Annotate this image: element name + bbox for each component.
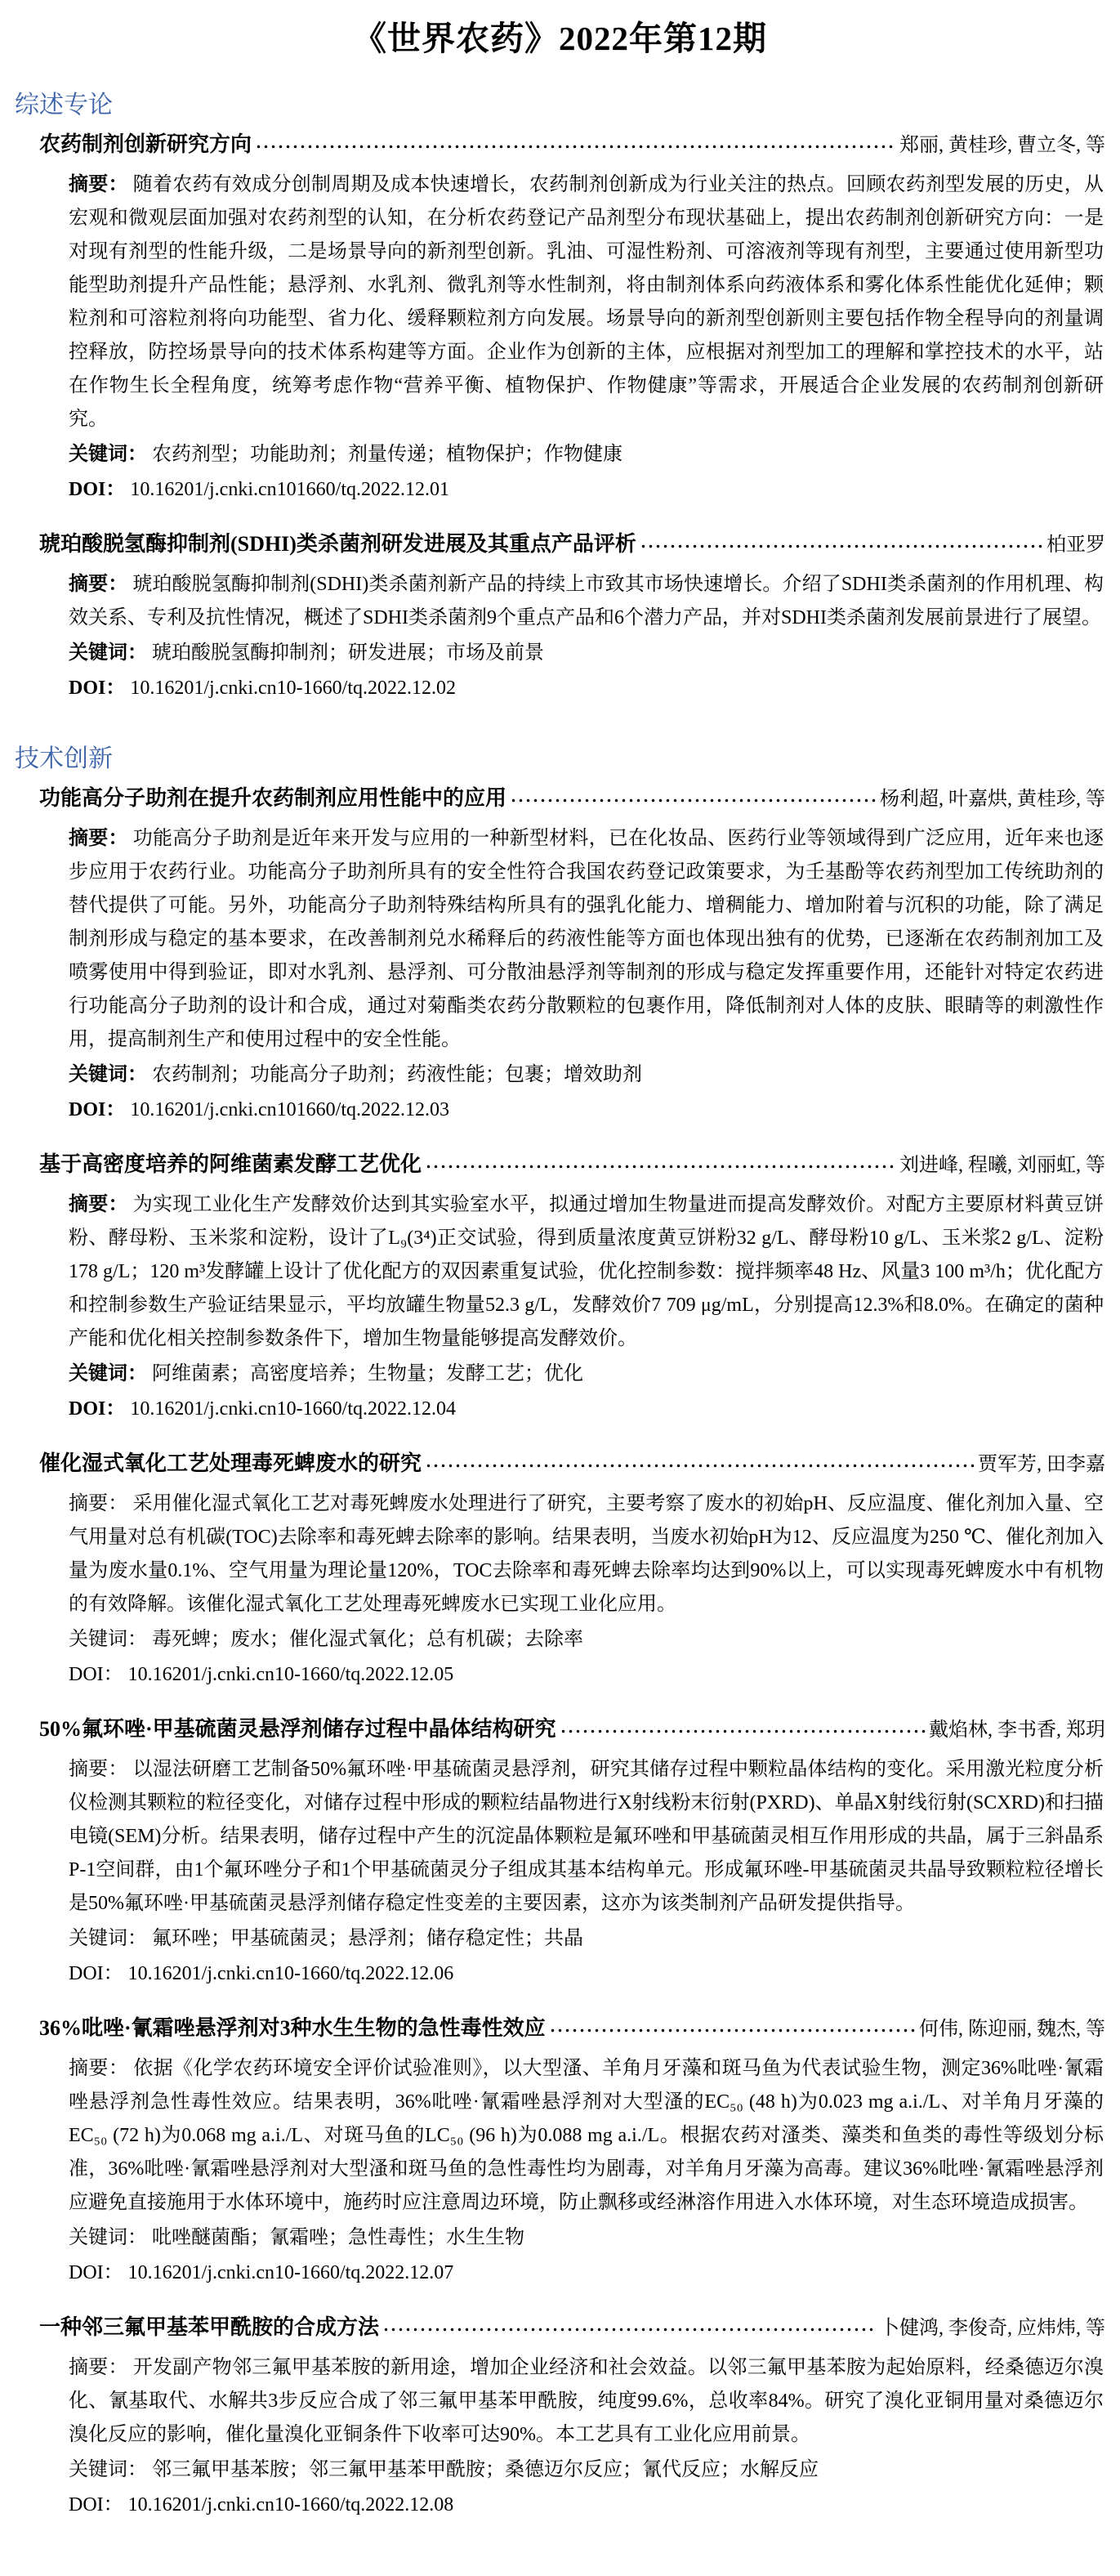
article-authors: 何伟, 陈迎丽, 魏杰, 等	[919, 2013, 1105, 2046]
article-title-link[interactable]: 36%吡唑·氰霜唑悬浮剂对3种水生生物的急性毒性效应	[39, 2012, 546, 2045]
abstract-row: 摘要：采用催化湿式氧化工艺对毒死蜱废水处理进行了研究，主要考察了废水的初始pH、…	[0, 1487, 1120, 1621]
article-title-row: 基于高密度培养的阿维菌素发酵工艺优化 刘进峰, 程曦, 刘丽虹, 等	[0, 1148, 1120, 1182]
article-title-link[interactable]: 功能高分子助剂在提升农药制剂应用性能中的应用	[39, 782, 506, 815]
abstract-label: 摘要：	[69, 174, 128, 195]
dot-leader	[510, 789, 877, 810]
abstract-label: 摘要：	[69, 574, 127, 595]
article-title-row: 50%氟环唑·甲基硫菌灵悬浮剂储存过程中晶体结构研究 戴焰林, 李书香, 郑玥	[0, 1713, 1120, 1746]
article-title-link[interactable]: 催化湿式氧化工艺处理毒死蜱废水的研究	[39, 1447, 422, 1480]
journal-toc-page: 《世界农药》2022年第12期 综述专论 农药制剂创新研究方向 郑丽, 黄桂珍,…	[0, 0, 1120, 2576]
article-entry: 36%吡唑·氰霜唑悬浮剂对3种水生生物的急性毒性效应 何伟, 陈迎丽, 魏杰, …	[0, 2012, 1120, 2290]
doi-label: DOI：	[69, 2262, 123, 2283]
abstract-text: 依据《化学农药环境安全评价试验准则》，以大型溞、羊角月牙藻和斑马鱼为代表试验生物…	[69, 2058, 1104, 2213]
article-title-link[interactable]: 琥珀酸脱氢酶抑制剂(SDHI)类杀菌剂研发进展及其重点产品评析	[39, 528, 636, 561]
keywords-text: 毒死蜱；废水；催化湿式氧化；总有机碳；去除率	[152, 1629, 583, 1650]
abstract-text: 功能高分子助剂是近年来开发与应用的一种新型材料，已在化妆品、医药行业等领域得到广…	[69, 828, 1104, 1050]
doi-row: DOI：10.16201/j.cnki.cn10-1660/tq.2022.12…	[0, 2256, 1120, 2290]
article-authors: 刘进峰, 程曦, 刘丽虹, 等	[899, 1149, 1105, 1182]
abstract-text: 琥珀酸脱氢酶抑制剂(SDHI)类杀菌剂新产品的持续上市致其市场快速增长。介绍了S…	[69, 574, 1104, 628]
keywords-text: 阿维菌素；高密度培养；生物量；发酵工艺；优化	[152, 1363, 583, 1384]
doi-row: DOI：10.16201/j.cnki.cn101660/tq.2022.12.…	[0, 473, 1120, 507]
doi-label: DOI：	[69, 1664, 123, 1685]
dot-leader	[255, 135, 896, 156]
dot-leader	[560, 1720, 926, 1741]
keywords-row: 关键词：琥珀酸脱氢酶抑制剂；研发进展；市场及前景	[0, 637, 1120, 670]
keywords-text: 琥珀酸脱氢酶抑制剂；研发进展；市场及前景	[152, 642, 544, 664]
journal-section: 技术创新 功能高分子助剂在提升农药制剂应用性能中的应用 杨利超, 叶嘉烘, 黄桂…	[0, 738, 1120, 2522]
sections-container: 综述专论 农药制剂创新研究方向 郑丽, 黄桂珍, 曹立冬, 等 摘要：随着农药有…	[0, 84, 1120, 2522]
keywords-label: 关键词：	[69, 642, 147, 664]
keywords-row: 关键词：农药剂型；功能助剂；剂量传递；植物保护；作物健康	[0, 438, 1120, 472]
doi-label: DOI：	[69, 1398, 125, 1420]
article-title-row: 功能高分子助剂在提升农药制剂应用性能中的应用 杨利超, 叶嘉烘, 黄桂珍, 等	[0, 782, 1120, 816]
doi-label: DOI：	[69, 2494, 123, 2516]
article-title-row: 农药制剂创新研究方向 郑丽, 黄桂珍, 曹立冬, 等	[0, 128, 1120, 162]
abstract-text: 随着农药有效成分创制周期及成本快速增长，农药制剂创新成为行业关注的热点。回顾农药…	[69, 174, 1104, 430]
article-entry: 基于高密度培养的阿维菌素发酵工艺优化 刘进峰, 程曦, 刘丽虹, 等 摘要：为实…	[0, 1148, 1120, 1426]
abstract-label: 摘要：	[69, 1759, 128, 1780]
article-list: 功能高分子助剂在提升农药制剂应用性能中的应用 杨利超, 叶嘉烘, 黄桂珍, 等 …	[0, 782, 1120, 2522]
keywords-row: 关键词：阿维菌素；高密度培养；生物量；发酵工艺；优化	[0, 1357, 1120, 1391]
doi-label: DOI：	[69, 479, 125, 500]
article-entry: 50%氟环唑·甲基硫菌灵悬浮剂储存过程中晶体结构研究 戴焰林, 李书香, 郑玥 …	[0, 1713, 1120, 1991]
article-authors: 卜健鸿, 李俊奇, 应炜炜, 等	[880, 2312, 1105, 2345]
abstract-row: 摘要：依据《化学农药环境安全评价试验准则》，以大型溞、羊角月牙藻和斑马鱼为代表试…	[0, 2052, 1120, 2220]
abstract-label: 摘要：	[69, 1493, 127, 1514]
dot-leader	[640, 534, 1043, 556]
keywords-label: 关键词：	[69, 1064, 147, 1085]
keywords-row: 关键词：邻三氟甲基苯胺；邻三氟甲基苯甲酰胺；桑德迈尔反应；氰代反应；水解反应	[0, 2453, 1120, 2487]
doi-row: DOI：10.16201/j.cnki.cn10-1660/tq.2022.12…	[0, 672, 1120, 705]
doi-text: 10.16201/j.cnki.cn101660/tq.2022.12.01	[130, 479, 449, 500]
section-heading: 技术创新	[0, 738, 1120, 774]
journal-section: 综述专论 农药制剂创新研究方向 郑丽, 黄桂珍, 曹立冬, 等 摘要：随着农药有…	[0, 84, 1120, 705]
keywords-text: 吡唑醚菌酯；氰霜唑；急性毒性；水生生物	[152, 2227, 524, 2248]
article-entry: 一种邻三氟甲基苯甲酰胺的合成方法 卜健鸿, 李俊奇, 应炜炜, 等 摘要：开发副…	[0, 2311, 1120, 2522]
doi-label: DOI：	[69, 1099, 125, 1120]
abstract-row: 摘要：随着农药有效成分创制周期及成本快速增长，农药制剂创新成为行业关注的热点。回…	[0, 168, 1120, 436]
doi-text: 10.16201/j.cnki.cn10-1660/tq.2022.12.07	[128, 2262, 454, 2283]
keywords-text: 农药制剂；功能高分子助剂；药液性能；包裹；增效助剂	[152, 1064, 642, 1085]
keywords-row: 关键词：农药制剂；功能高分子助剂；药液性能；包裹；增效助剂	[0, 1058, 1120, 1092]
keywords-row: 关键词：吡唑醚菌酯；氰霜唑；急性毒性；水生生物	[0, 2221, 1120, 2255]
doi-row: DOI：10.16201/j.cnki.cn101660/tq.2022.12.…	[0, 1093, 1120, 1127]
abstract-label: 摘要：	[69, 828, 128, 849]
article-title-row: 琥珀酸脱氢酶抑制剂(SDHI)类杀菌剂研发进展及其重点产品评析 柏亚罗	[0, 528, 1120, 561]
page-title: 《世界农药》2022年第12期	[0, 11, 1120, 60]
article-title-link[interactable]: 农药制剂创新研究方向	[39, 128, 252, 161]
abstract-text: 开发副产物邻三氟甲基苯胺的新用途，增加企业经济和社会效益。以邻三氟甲基苯胺为起始…	[69, 2357, 1104, 2445]
section-heading: 综述专论	[0, 84, 1120, 120]
article-list: 农药制剂创新研究方向 郑丽, 黄桂珍, 曹立冬, 等 摘要：随着农药有效成分创制…	[0, 128, 1120, 705]
doi-row: DOI：10.16201/j.cnki.cn10-1660/tq.2022.12…	[0, 1658, 1120, 1692]
abstract-row: 摘要：琥珀酸脱氢酶抑制剂(SDHI)类杀菌剂新产品的持续上市致其市场快速增长。介…	[0, 568, 1120, 635]
keywords-label: 关键词：	[69, 2459, 147, 2480]
keywords-row: 关键词：氟环唑；甲基硫菌灵；悬浮剂；储存稳定性；共晶	[0, 1922, 1120, 1956]
doi-text: 10.16201/j.cnki.cn10-1660/tq.2022.12.06	[128, 1963, 454, 1984]
keywords-label: 关键词：	[69, 1629, 147, 1650]
article-authors: 贾军芳, 田李嘉	[978, 1448, 1105, 1481]
abstract-label: 摘要：	[69, 2058, 128, 2079]
article-title-row: 36%吡唑·氰霜唑悬浮剂对3种水生生物的急性毒性效应 何伟, 陈迎丽, 魏杰, …	[0, 2012, 1120, 2046]
article-entry: 催化湿式氧化工艺处理毒死蜱废水的研究 贾军芳, 田李嘉 摘要：采用催化湿式氧化工…	[0, 1447, 1120, 1692]
abstract-row: 摘要：为实现工业化生产发酵效价达到其实验室水平，拟通过增加生物量进而提高发酵效价…	[0, 1188, 1120, 1356]
article-title-link[interactable]: 一种邻三氟甲基苯甲酰胺的合成方法	[39, 2311, 379, 2344]
keywords-row: 关键词：毒死蜱；废水；催化湿式氧化；总有机碳；去除率	[0, 1623, 1120, 1657]
doi-text: 10.16201/j.cnki.cn10-1660/tq.2022.12.05	[128, 1664, 454, 1685]
doi-text: 10.16201/j.cnki.cn10-1660/tq.2022.12.02	[130, 678, 456, 699]
dot-leader	[425, 1454, 975, 1475]
article-authors: 杨利超, 叶嘉烘, 黄桂珍, 等	[880, 783, 1105, 816]
article-title-link[interactable]: 50%氟环唑·甲基硫菌灵悬浮剂储存过程中晶体结构研究	[39, 1713, 556, 1746]
keywords-label: 关键词：	[69, 2227, 147, 2248]
keywords-label: 关键词：	[69, 1363, 147, 1384]
article-title-row: 催化湿式氧化工艺处理毒死蜱废水的研究 贾军芳, 田李嘉	[0, 1447, 1120, 1481]
abstract-text: 为实现工业化生产发酵效价达到其实验室水平，拟通过增加生物量进而提高发酵效价。对配…	[69, 1194, 1104, 1349]
keywords-text: 邻三氟甲基苯胺；邻三氟甲基苯甲酰胺；桑德迈尔反应；氰代反应；水解反应	[152, 2459, 819, 2480]
abstract-row: 摘要：功能高分子助剂是近年来开发与应用的一种新型材料，已在化妆品、医药行业等领域…	[0, 822, 1120, 1057]
doi-label: DOI：	[69, 1963, 123, 1984]
keywords-text: 氟环唑；甲基硫菌灵；悬浮剂；储存稳定性；共晶	[152, 1928, 583, 1949]
article-authors: 戴焰林, 李书香, 郑玥	[929, 1714, 1105, 1746]
doi-row: DOI：10.16201/j.cnki.cn10-1660/tq.2022.12…	[0, 1957, 1120, 1991]
keywords-label: 关键词：	[69, 1928, 147, 1949]
article-entry: 琥珀酸脱氢酶抑制剂(SDHI)类杀菌剂研发进展及其重点产品评析 柏亚罗 摘要：琥…	[0, 528, 1120, 705]
abstract-text: 采用催化湿式氧化工艺对毒死蜱废水处理进行了研究，主要考察了废水的初始pH、反应温…	[69, 1493, 1104, 1615]
article-entry: 功能高分子助剂在提升农药制剂应用性能中的应用 杨利超, 叶嘉烘, 黄桂珍, 等 …	[0, 782, 1120, 1127]
doi-text: 10.16201/j.cnki.cn10-1660/tq.2022.12.08	[128, 2494, 454, 2516]
keywords-text: 农药剂型；功能助剂；剂量传递；植物保护；作物健康	[152, 444, 622, 465]
abstract-row: 摘要：开发副产物邻三氟甲基苯胺的新用途，增加企业经济和社会效益。以邻三氟甲基苯胺…	[0, 2351, 1120, 2452]
doi-text: 10.16201/j.cnki.cn10-1660/tq.2022.12.04	[130, 1398, 456, 1420]
article-authors: 郑丽, 黄桂珍, 曹立冬, 等	[899, 129, 1105, 162]
doi-label: DOI：	[69, 678, 125, 699]
doi-row: DOI：10.16201/j.cnki.cn10-1660/tq.2022.12…	[0, 1393, 1120, 1426]
dot-leader	[382, 2318, 877, 2339]
article-authors: 柏亚罗	[1046, 529, 1105, 561]
abstract-row: 摘要：以湿法研磨工艺制备50%氟环唑·甲基硫菌灵悬浮剂，研究其储存过程中颗粒晶体…	[0, 1753, 1120, 1921]
article-title-link[interactable]: 基于高密度培养的阿维菌素发酵工艺优化	[39, 1148, 422, 1181]
doi-row: DOI：10.16201/j.cnki.cn10-1660/tq.2022.12…	[0, 2489, 1120, 2522]
keywords-label: 关键词：	[69, 444, 147, 465]
abstract-label: 摘要：	[69, 1194, 128, 1215]
abstract-text: 以湿法研磨工艺制备50%氟环唑·甲基硫菌灵悬浮剂，研究其储存过程中颗粒晶体结构的…	[69, 1759, 1104, 1914]
article-entry: 农药制剂创新研究方向 郑丽, 黄桂珍, 曹立冬, 等 摘要：随着农药有效成分创制…	[0, 128, 1120, 507]
dot-leader	[549, 2019, 916, 2040]
dot-leader	[425, 1155, 896, 1176]
doi-text: 10.16201/j.cnki.cn101660/tq.2022.12.03	[130, 1099, 449, 1120]
abstract-label: 摘要：	[69, 2357, 128, 2378]
article-title-row: 一种邻三氟甲基苯甲酰胺的合成方法 卜健鸿, 李俊奇, 应炜炜, 等	[0, 2311, 1120, 2345]
